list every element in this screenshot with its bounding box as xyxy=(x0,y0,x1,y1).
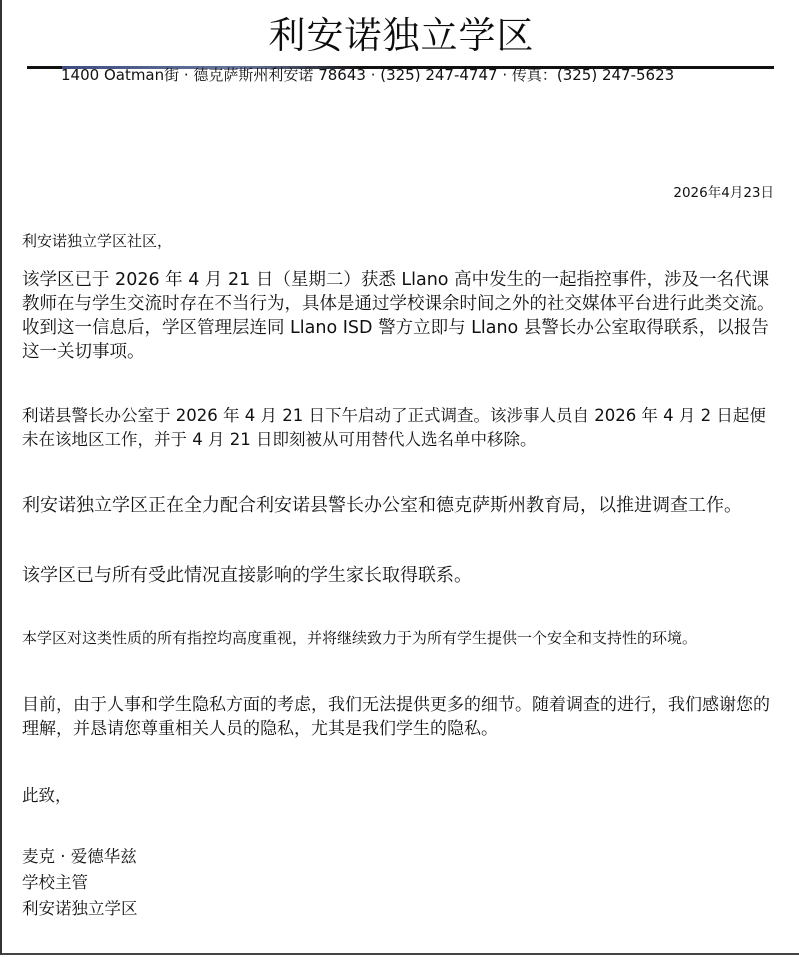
paragraph-parents-contacted: 该学区已与所有受此情况直接影响的学生家长取得联系。 xyxy=(22,562,782,589)
letterhead-address: 1400 Oatman街 · 德克萨斯州利安诺 78643 · (325) 24… xyxy=(61,64,741,86)
salutation: 利安诺独立学区社区， xyxy=(22,230,782,252)
letter-page: 利安诺独立学区 1400 Oatman街 · 德克萨斯州利安诺 78643 · … xyxy=(0,0,799,955)
signature-name: 麦克 · 爱德华兹 xyxy=(22,845,782,869)
signature-title: 学校主管 xyxy=(22,871,782,895)
paragraph-investigation: 利诺县警长办公室于 2026 年 4 月 21 日下午启动了正式调查。该涉事人员… xyxy=(22,404,782,451)
paragraph-cooperation: 利安诺独立学区正在全力配合利安诺县警长办公室和德克萨斯州教育局，以推进调查工作。 xyxy=(22,492,782,519)
letterhead-title: 利安诺独立学区 xyxy=(2,12,799,60)
closing: 此致， xyxy=(22,785,782,807)
paragraph-incident: 该学区已于 2026 年 4 月 21 日（星期二）获悉 Llano 高中发生的… xyxy=(22,268,782,364)
paragraph-commitment: 本学区对这类性质的所有指控均高度重视，并将继续致力于为所有学生提供一个安全和支持… xyxy=(22,627,782,649)
letter-date: 2026年4月23日 xyxy=(673,184,774,202)
paragraph-privacy: 目前，由于人事和学生隐私方面的考虑，我们无法提供更多的细节。随着调查的进行，我们… xyxy=(22,693,782,741)
signature-organization: 利安诺独立学区 xyxy=(22,897,782,921)
